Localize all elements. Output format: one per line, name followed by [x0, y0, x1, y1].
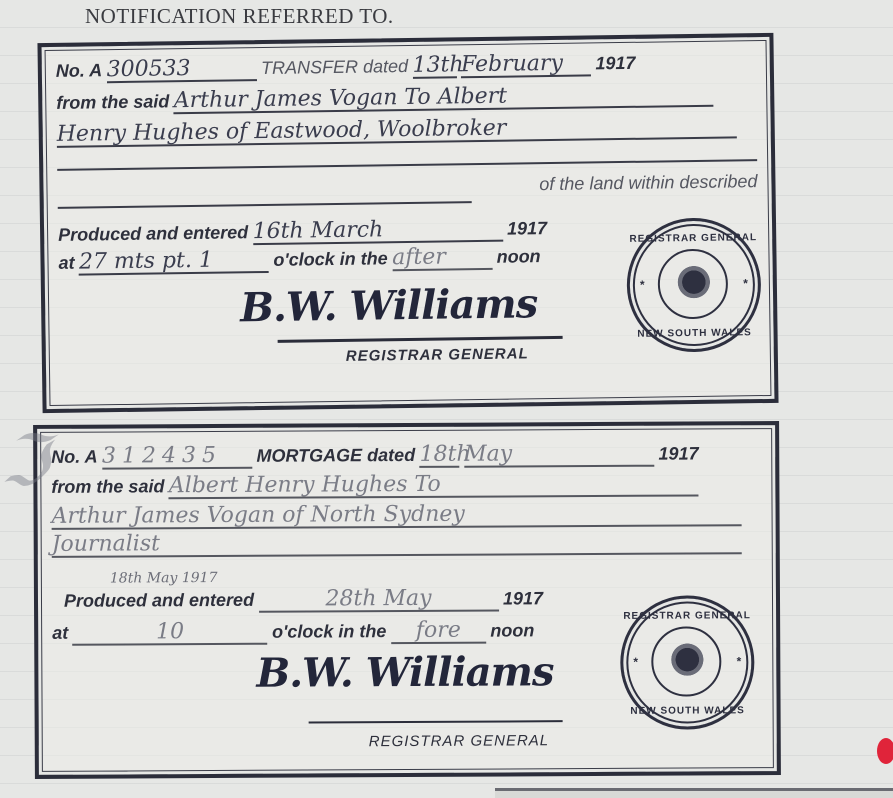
transfer-blank-rule [57, 159, 757, 171]
mortgage-number-row: No. A 312435 MORTGAGE dated 18th May 191… [51, 441, 761, 470]
transfer-registrar-seal: REGISTRAR GENERAL * * NEW SOUTH WALES [626, 217, 762, 353]
transfer-date-year: 1917 [595, 53, 635, 74]
mortgage-registrar-signature: B.W. Williams [256, 648, 553, 697]
transfer-land-label: of the land within described [539, 171, 757, 194]
mortgage-no-label: No. A [51, 447, 97, 467]
transfer-at-label: at [58, 253, 74, 273]
transfer-date-day: 13th [412, 53, 456, 79]
transfer-registrar-label: REGISTRAR GENERAL [346, 345, 529, 365]
mortgage-noon-label: noon [490, 620, 534, 640]
transfer-produced-date: 16th March [252, 217, 502, 246]
transfer-date-month: February [461, 51, 591, 78]
mortgage-parties-row2: Arthur James Vogan of North Sydney [51, 501, 761, 530]
mortgage-parties-line2: Arthur James Vogan of North Sydney [51, 501, 741, 530]
seal-bottom-text: NEW SOUTH WALES [624, 705, 752, 717]
transfer-land-rule [58, 201, 472, 209]
transfer-from-label: from the said [56, 91, 169, 113]
mortgage-date-day: 18th [420, 443, 460, 468]
transfer-produced-year: 1917 [507, 218, 547, 239]
mortgage-from-label: from the said [51, 476, 164, 497]
transfer-number-row: No. A 300533 TRANSFER dated 13th Februar… [56, 49, 756, 84]
transfer-number: 300533 [106, 56, 256, 83]
mortgage-type-label: MORTGAGE dated [256, 445, 415, 466]
seal-star-icon: * [633, 655, 638, 669]
mortgage-signature-line [309, 720, 563, 723]
mortgage-oclock-label: o'clock in the [272, 621, 386, 642]
mortgage-at-label: at [52, 623, 68, 643]
transfer-signature-line [278, 336, 563, 343]
mortgage-registrar-seal: REGISTRAR GENERAL * * NEW SOUTH WALES [620, 595, 755, 730]
mortgage-produced-date: 28th May [258, 587, 498, 613]
transfer-parties-line2: Henry Hughes of Eastwood, Woolbroker [57, 113, 737, 148]
seal-top-text: REGISTRAR GENERAL [623, 610, 751, 622]
transfer-from-row: from the said Arthur James Vogan To Albe… [56, 81, 756, 116]
red-wax-mark [877, 738, 893, 764]
page-bottom-edge [495, 788, 893, 798]
mortgage-produced-year: 1917 [503, 588, 543, 608]
transfer-land-row: of the land within described [57, 171, 757, 202]
mortgage-produced-annotation: 18th May 1917 [110, 567, 762, 586]
transfer-parties-line1: Arthur James Vogan To Albert [174, 82, 714, 115]
transfer-noon-label: noon [496, 246, 540, 267]
transfer-type-label: TRANSFER dated [261, 56, 408, 78]
mortgage-notification-box: No. A 312435 MORTGAGE dated 18th May 191… [33, 421, 781, 779]
margin-pencil-mark: ℑ [0, 420, 49, 502]
seal-star-icon: * [737, 654, 742, 668]
page-heading: NOTIFICATION REFERRED TO. [85, 4, 394, 29]
seal-bottom-text: NEW SOUTH WALES [631, 327, 759, 340]
mortgage-parties-line1: Albert Henry Hughes To [169, 471, 699, 499]
seal-top-text: REGISTRAR GENERAL [629, 232, 757, 245]
seal-star-icon: * [640, 278, 645, 292]
mortgage-produced-label: Produced and entered [64, 590, 254, 611]
coat-of-arms-icon [667, 642, 707, 680]
mortgage-parties-row3: Journalist [52, 529, 762, 558]
mortgage-from-row: from the said Albert Henry Hughes To [51, 471, 761, 500]
mortgage-number: 312435 [102, 444, 252, 470]
mortgage-date-year: 1917 [658, 443, 698, 463]
transfer-registrar-signature: B.W. Williams [240, 280, 538, 331]
transfer-parties-row2: Henry Hughes of Eastwood, Woolbroker [57, 113, 757, 148]
mortgage-registrar-label: REGISTRAR GENERAL [369, 732, 549, 750]
transfer-period: after [392, 245, 492, 271]
transfer-produced-label: Produced and entered [58, 222, 248, 245]
seal-star-icon: * [743, 276, 748, 290]
mortgage-period: fore [391, 619, 486, 645]
mortgage-date-month: May [464, 442, 654, 468]
mortgage-parties-line3: Journalist [52, 529, 742, 558]
transfer-time: 27 mts pt. 1 [79, 248, 269, 276]
transfer-oclock-label: o'clock in the [273, 248, 388, 270]
transfer-notification-box: No. A 300533 TRANSFER dated 13th Februar… [37, 33, 778, 413]
mortgage-time: 10 [73, 620, 268, 646]
transfer-no-label: No. A [56, 60, 103, 81]
